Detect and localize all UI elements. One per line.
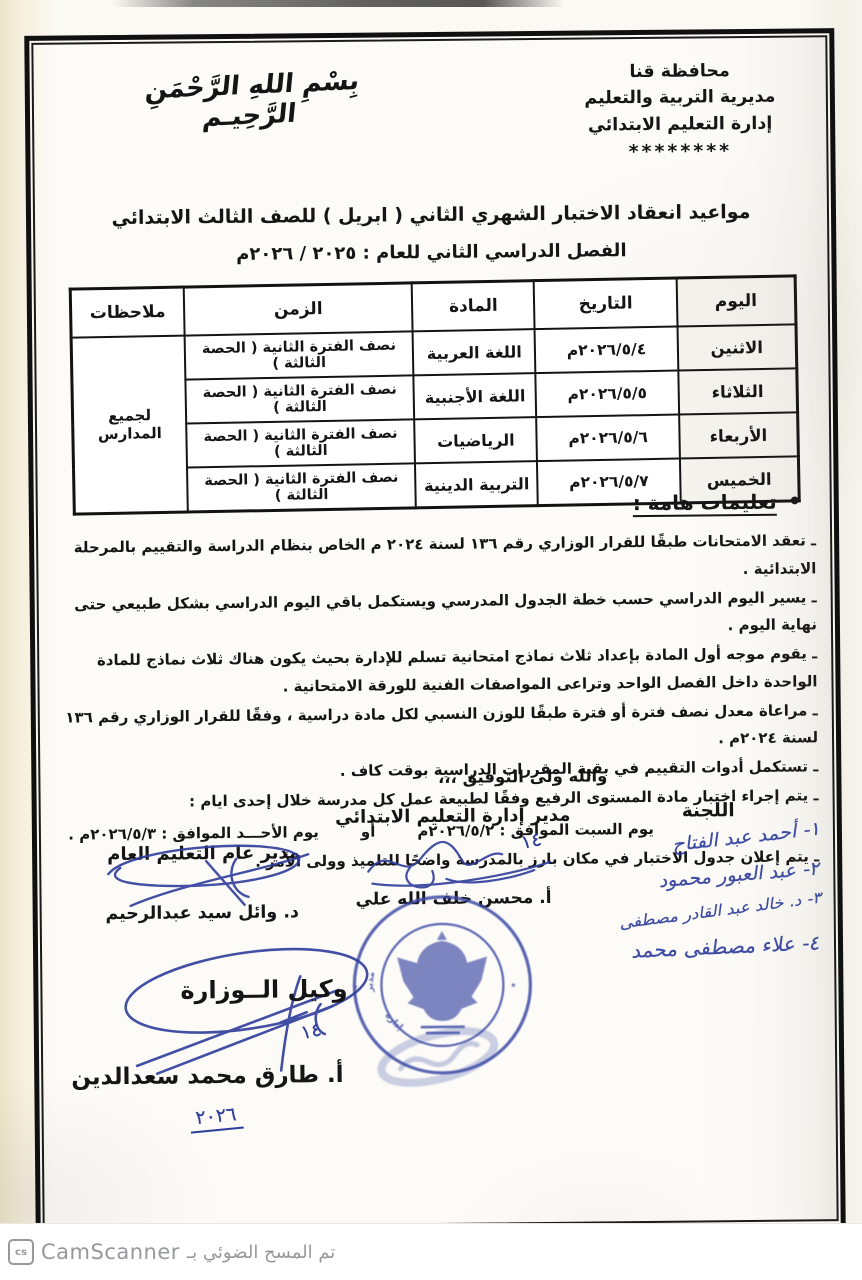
instruction-item: ـ يسير اليوم الدراسي حسب خطة الجدول المد… bbox=[53, 584, 817, 647]
instructions-heading-text: تعليمات هامة : bbox=[633, 490, 777, 515]
document-content: بِسْمِ اللهِ الرَّحْمَنِ الرَّحِيـم محاف… bbox=[33, 37, 836, 1227]
cell-time: نصف الفترة الثانية ( الحصة الثالثة ) bbox=[185, 331, 414, 379]
committee-title: اللجنة bbox=[682, 800, 735, 822]
scan-artifact-smudge bbox=[112, 0, 564, 7]
directorate-line: مديرية التربية والتعليم bbox=[560, 84, 800, 113]
cell-date: ٢٠٢٦/٥/٤م bbox=[535, 327, 678, 374]
undersecretary-title: وكيل الــوزارة bbox=[180, 975, 347, 1005]
undersecretary-name: أ. طارق محمد سعدالدين bbox=[71, 1062, 344, 1091]
committee-member-signature: ٣- د. خالد عبد القادر مصطفى bbox=[591, 888, 824, 937]
cell-time: نصف الفترة الثانية ( الحصة الثالثة ) bbox=[185, 375, 414, 423]
instruction-item: ـ تعقد الامتحانات طبقًا للقرار الوزاري ر… bbox=[52, 527, 816, 590]
cell-day: الأربعاء bbox=[679, 412, 799, 458]
header-subject: المادة bbox=[412, 281, 535, 332]
instruction-item: ـ يقوم موجه أول المادة بإعداد ثلاث نماذج… bbox=[53, 640, 817, 703]
document-subtitle: الفصل الدراسي الثاني للعام : ٢٠٢٥ / ٢٠٢٦… bbox=[35, 238, 827, 267]
cell-time: نصف الفترة الثانية ( الحصة الثالثة ) bbox=[187, 463, 416, 512]
document-inner-border: بِسْمِ اللهِ الرَّحْمَنِ الرَّحِيـم محاف… bbox=[31, 35, 838, 1229]
governorate-line: محافظة قنا bbox=[560, 57, 800, 86]
cell-date: ٢٠٢٦/٥/٦م bbox=[537, 415, 680, 462]
camscanner-icon: cs bbox=[8, 1239, 34, 1265]
cell-date: ٢٠٢٦/٥/٥م bbox=[536, 371, 679, 418]
cell-subject: اللغة الأجنبية bbox=[414, 373, 537, 419]
undersecretary-year-mark: ٢٠٢٦ bbox=[189, 1103, 244, 1134]
exam-schedule-table: اليوم التاريخ المادة الزمن ملاحظات الاثن… bbox=[69, 274, 801, 515]
stamp-star-right: ٭ bbox=[510, 978, 516, 991]
instructions-heading: • تعليمات هامة : bbox=[633, 489, 802, 516]
header-notes: ملاحظات bbox=[70, 287, 184, 338]
cell-notes-spanning: لجميع المدارس bbox=[71, 336, 188, 515]
instruction-item: ـ مراعاة معدل نصف فترة أو فترة طبقًا للو… bbox=[54, 697, 818, 760]
bullet-icon: • bbox=[788, 489, 802, 514]
camscanner-footer-line: cs CamScanner تم المسح الضوئي بـ bbox=[8, 1239, 335, 1265]
document-title: مواعيد انعقاد الاختبار الشهري الثاني ( ا… bbox=[35, 200, 827, 230]
header-time: الزمن bbox=[184, 283, 413, 336]
stars-divider: ******** bbox=[560, 136, 800, 167]
primary-director-title: مدير إدارة التعليم الابتدائي bbox=[323, 805, 583, 828]
header-date: التاريخ bbox=[534, 278, 677, 329]
closing-phrase: والله ولى التوفيق ،،، bbox=[438, 766, 608, 787]
letterhead-block: محافظة قنا مديرية التربية والتعليم إدارة… bbox=[560, 57, 801, 167]
general-director-name: د. وائل سيد عبدالرحيم bbox=[70, 902, 335, 925]
cell-subject: التربية الدينية bbox=[415, 461, 538, 508]
document-border-frame: بِسْمِ اللهِ الرَّحْمَنِ الرَّحِيـم محاف… bbox=[24, 28, 845, 1236]
undersecretary-date-mark: ١٤ bbox=[299, 1018, 324, 1044]
cell-subject: الرياضيات bbox=[414, 417, 537, 463]
committee-signatures: ١- أحمد عبد الفتاح ٢- عبد العبور محمود ٣… bbox=[594, 829, 820, 974]
scanned-document-page: بِسْمِ اللهِ الرَّحْمَنِ الرَّحِيـم محاف… bbox=[0, 0, 862, 1280]
administration-line: إدارة التعليم الابتدائي bbox=[560, 110, 800, 139]
primary-director-date-mark: ١٤ bbox=[518, 828, 543, 854]
bismillah-calligraphy: بِسْمِ اللهِ الرَّحْمَنِ الرَّحِيـم bbox=[93, 64, 408, 138]
cell-day: الاثنين bbox=[677, 324, 797, 370]
committee-member-signature: ٤- علاء مصطفى محمد bbox=[593, 930, 822, 964]
cell-subject: اللغة العربية bbox=[413, 329, 536, 375]
camscanner-footer-bar: cs CamScanner تم المسح الضوئي بـ bbox=[0, 1223, 862, 1280]
header-day: اليوم bbox=[676, 276, 796, 327]
camscanner-brand: CamScanner bbox=[41, 1240, 180, 1264]
camscanner-caption: تم المسح الضوئي بـ bbox=[187, 1242, 335, 1263]
cell-time: نصف الفترة الثانية ( الحصة الثالثة ) bbox=[186, 419, 415, 467]
cell-day: الثلاثاء bbox=[678, 368, 798, 414]
